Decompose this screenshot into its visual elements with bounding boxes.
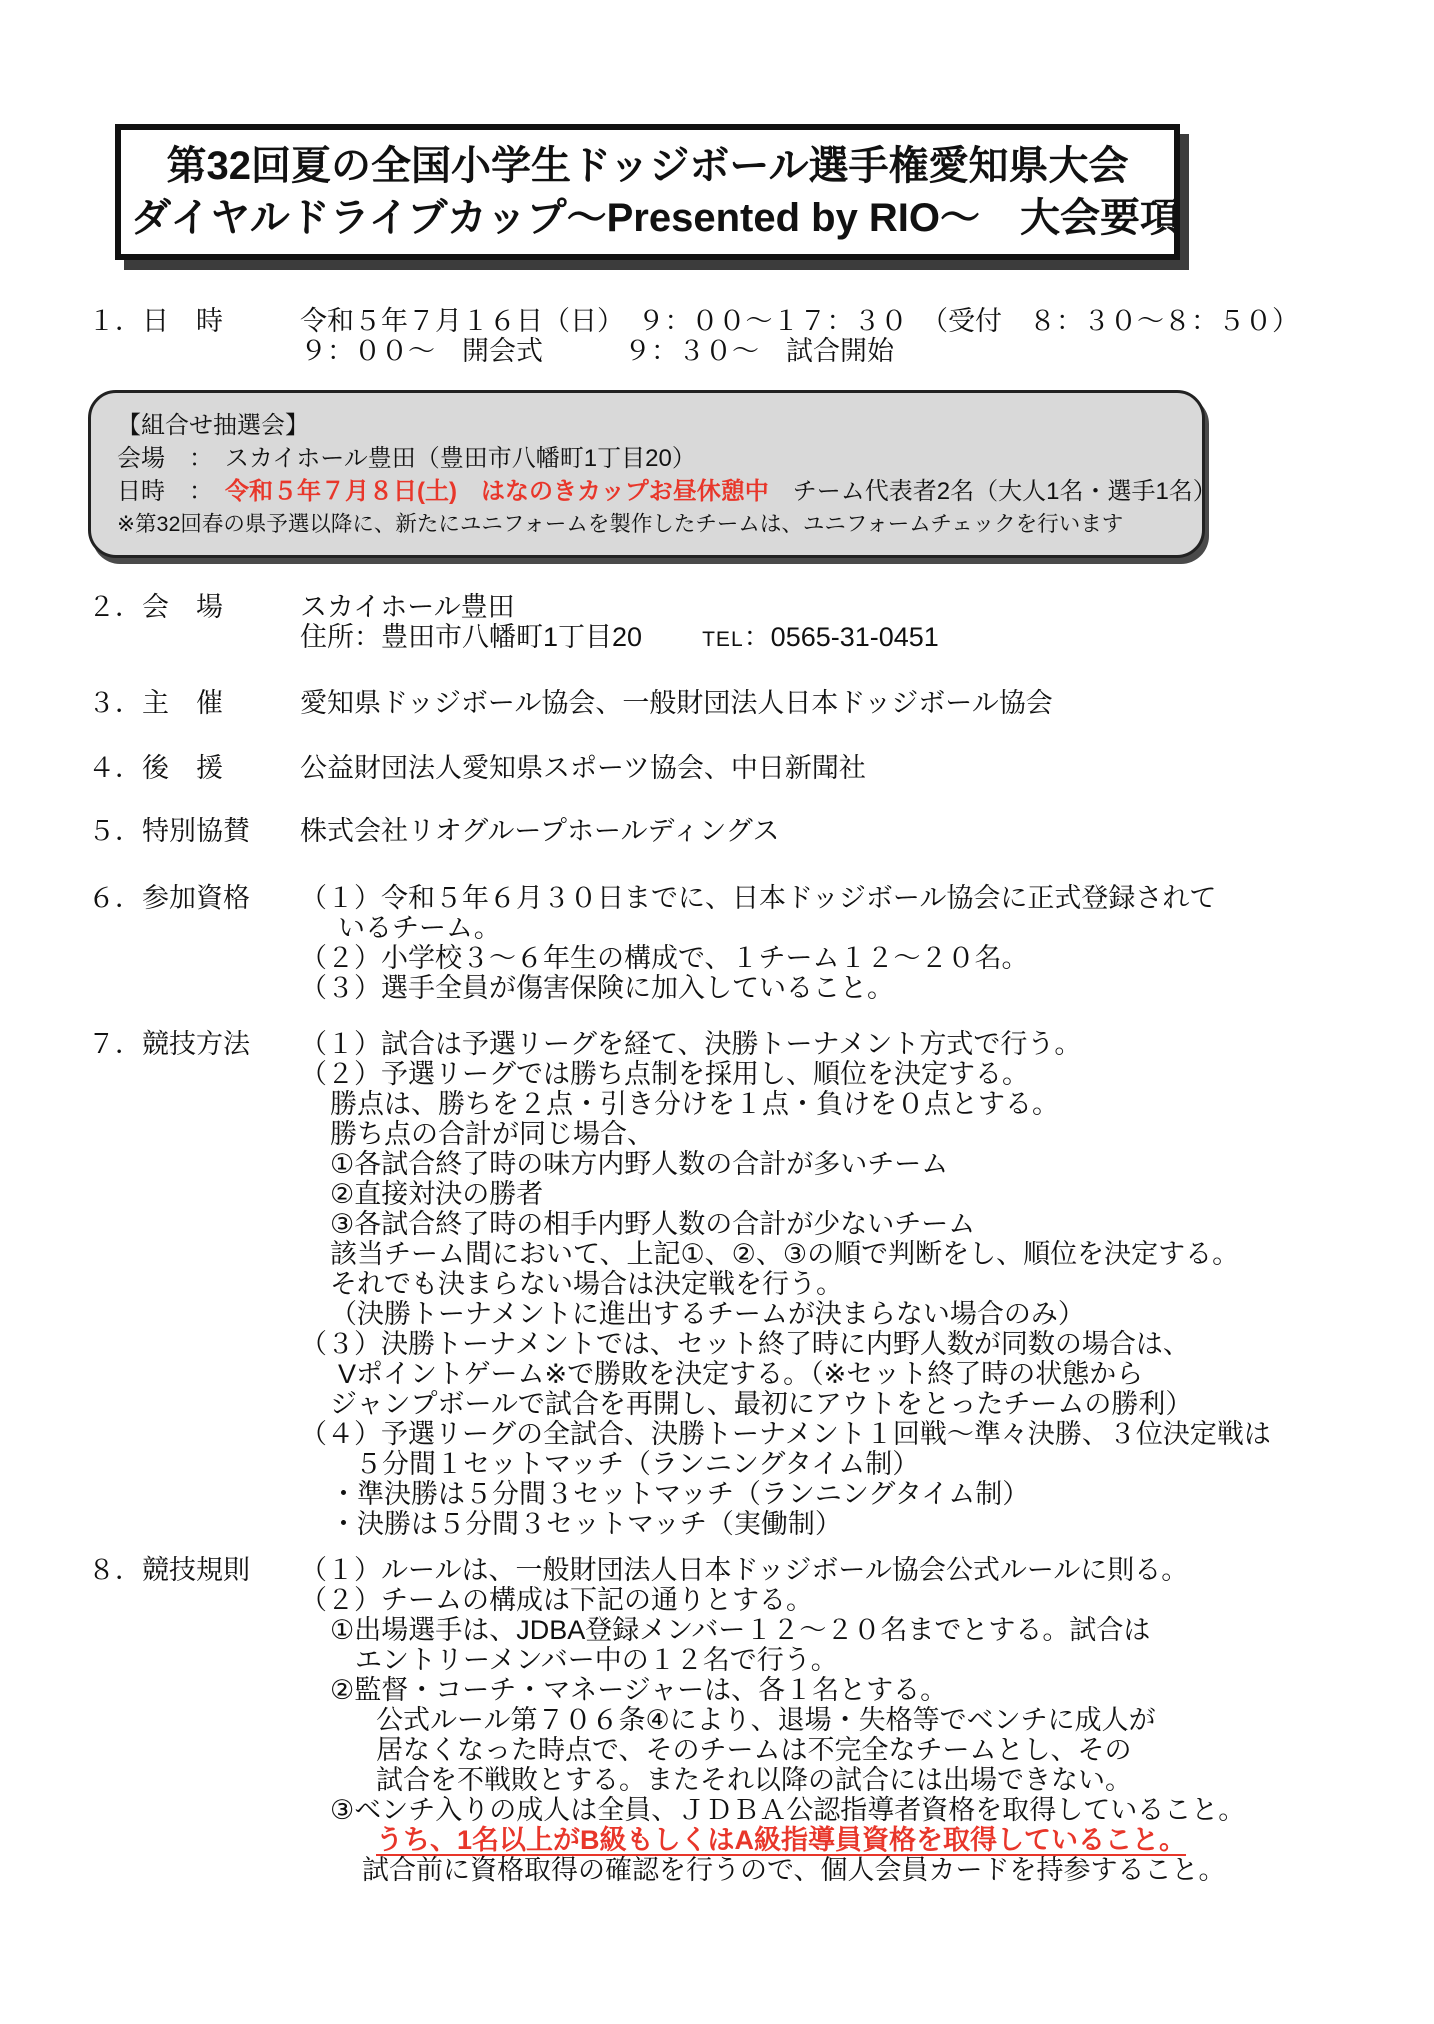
venue-tel-number: ：0565-31-0451	[744, 622, 939, 652]
lottery-heading: 【組合せ抽選会】	[117, 409, 1176, 442]
method-line: ５分間１セットマッチ（ランニングタイム制）	[355, 1449, 1408, 1479]
method-line: （１）試合は予選リーグを経て、決勝トーナメント方式で行う。	[300, 1029, 1408, 1059]
title-line-1: 第32回夏の全国小学生ドッジボール選手権愛知県大会	[131, 140, 1164, 192]
section-method: ７．競技方法 （１）試合は予選リーグを経て、決勝トーナメント方式で行う。 （２）…	[88, 1029, 1408, 1539]
eligibility-line: （２）小学校３～６年生の構成で、１チーム１２～２０名。	[300, 943, 1408, 973]
section-eligibility-label: ６．参加資格	[88, 883, 300, 913]
method-line: （２）予選リーグでは勝ち点制を採用し、順位を決定する。	[300, 1059, 1408, 1089]
section-venue: ２．会 場 スカイホール豊田 住所：豊田市八幡町1丁目20TEL：0565-31…	[88, 592, 1408, 655]
rules-line: 居なくなった時点で、そのチームは不完全なチームとし、その	[376, 1735, 1408, 1765]
section-rules-label: ８．競技規則	[88, 1555, 300, 1585]
method-line: ①各試合終了時の味方内野人数の合計が多いチーム	[330, 1149, 1408, 1179]
section-sponsor: ５．特別協賛 株式会社リオグループホールディングス	[88, 816, 1408, 846]
method-line: 勝ち点の合計が同じ場合、	[330, 1119, 1408, 1149]
lottery-date-red-text: 令和５年７月８日(土) はなのきカップお昼休憩中	[225, 478, 769, 505]
lottery-box: 【組合せ抽選会】 会場 ： スカイホール豊田（豊田市八幡町1丁目20） 日時 ：…	[88, 390, 1205, 558]
method-line: ・準決勝は５分間３セットマッチ（ランニングタイム制）	[330, 1479, 1408, 1509]
eligibility-line: いるチーム。	[338, 913, 1408, 943]
rules-line: （２）チームの構成は下記の通りとする。	[300, 1585, 1408, 1615]
lottery-venue-line: 会場 ： スカイホール豊田（豊田市八幡町1丁目20）	[117, 442, 1176, 475]
rules-line: （１）ルールは、一般財団法人日本ドッジボール協会公式ルールに則る。	[300, 1555, 1408, 1585]
section-venue-label: ２．会 場	[88, 592, 300, 622]
venue-tel-label: TEL	[702, 628, 744, 651]
section-host: ３．主 催 愛知県ドッジボール協会、一般財団法人日本ドッジボール協会	[88, 688, 1408, 718]
document-body: １．日 時 令和５年７月１６日（日） ９：００～１７：３０ （受付 ８：３０～８…	[88, 306, 1408, 1885]
rules-line: ②監督・コーチ・マネージャーは、各１名とする。	[330, 1675, 1408, 1705]
method-line: （４）予選リーグの全試合、決勝トーナメント１回戦～準々決勝、３位決定戦は	[300, 1419, 1408, 1449]
host-orgs: 愛知県ドッジボール協会、一般財団法人日本ドッジボール協会	[300, 688, 1408, 718]
method-line: Vポイントゲーム※で勝敗を決定する。（※セット終了時の状態から	[338, 1359, 1408, 1389]
section-datetime-label: １．日 時	[88, 306, 300, 336]
rules-line: 試合を不戦敗とする。またそれ以降の試合には出場できない。	[376, 1765, 1408, 1795]
method-line: それでも決まらない場合は決定戦を行う。	[330, 1269, 1408, 1299]
section-eligibility: ６．参加資格 （１）令和５年６月３０日までに、日本ドッジボール協会に正式登録され…	[88, 883, 1408, 1003]
sponsor-org: 株式会社リオグループホールディングス	[300, 816, 1408, 846]
venue-address: 住所：豊田市八幡町1丁目20	[300, 622, 642, 652]
section-support-label: ４．後 援	[88, 753, 300, 783]
title-box: 第32回夏の全国小学生ドッジボール選手権愛知県大会 ダイヤルドライブカップ～Pr…	[115, 124, 1180, 260]
title-line-2: ダイヤルドライブカップ～Presented by RIO～ 大会要項	[131, 192, 1164, 244]
venue-name: スカイホール豊田	[300, 592, 1408, 622]
method-line: （決勝トーナメントに進出するチームが決まらない場合のみ）	[330, 1299, 1408, 1329]
section-sponsor-label: ５．特別協賛	[88, 816, 300, 846]
datetime-line-1: 令和５年７月１６日（日） ９：００～１７：３０ （受付 ８：３０～８：５０）	[300, 306, 1408, 336]
section-method-label: ７．競技方法	[88, 1029, 300, 1059]
rules-line: ③ベンチ入りの成人は全員、ＪＤＢＡ公認指導者資格を取得していること。	[330, 1795, 1408, 1825]
lottery-date-rest: チーム代表者2名（大人1名・選手1名）	[769, 478, 1217, 505]
method-line: ②直接対決の勝者	[330, 1179, 1408, 1209]
method-line: （３）決勝トーナメントでは、セット終了時に内野人数が同数の場合は、	[300, 1329, 1408, 1359]
eligibility-line: （１）令和５年６月３０日までに、日本ドッジボール協会に正式登録されて	[300, 883, 1408, 913]
rules-line: 公式ルール第７０６条④により、退場・失格等でベンチに成人が	[376, 1705, 1408, 1735]
lottery-date-label: 日時 ：	[117, 478, 225, 505]
method-line: ・決勝は５分間３セットマッチ（実働制）	[330, 1509, 1408, 1539]
section-rules: ８．競技規則 （１）ルールは、一般財団法人日本ドッジボール協会公式ルールに則る。…	[88, 1555, 1408, 1885]
datetime-line-2: ９：００～ 開会式 ９：３０～ 試合開始	[300, 336, 1408, 366]
rules-line: ①出場選手は、JDBA登録メンバー１２～２０名までとする。試合は	[330, 1615, 1408, 1645]
section-support: ４．後 援 公益財団法人愛知県スポーツ協会、中日新聞社	[88, 753, 1408, 783]
document-page: 第32回夏の全国小学生ドッジボール選手権愛知県大会 ダイヤルドライブカップ～Pr…	[0, 0, 1434, 2024]
method-line: ジャンプボールで試合を再開し、最初にアウトをとったチームの勝利）	[330, 1389, 1408, 1419]
rules-line: 試合前に資格取得の確認を行うので、個人会員カードを持参すること。	[362, 1855, 1408, 1885]
lottery-note: ※第32回春の県予選以降に、新たにユニフォームを製作したチームは、ユニフォームチ…	[117, 508, 1176, 541]
method-line: ③各試合終了時の相手内野人数の合計が少ないチーム	[330, 1209, 1408, 1239]
rules-line: エントリーメンバー中の１２名で行う。	[355, 1645, 1408, 1675]
method-line: 該当チーム間において、上記①、②、③の順で判断をし、順位を決定する。	[330, 1239, 1408, 1269]
support-orgs: 公益財団法人愛知県スポーツ協会、中日新聞社	[300, 753, 1408, 783]
section-host-label: ３．主 催	[88, 688, 300, 718]
lottery-date-line: 日時 ： 令和５年７月８日(土) はなのきカップお昼休憩中 チーム代表者2名（大…	[117, 475, 1176, 508]
section-datetime: １．日 時 令和５年７月１６日（日） ９：００～１７：３０ （受付 ８：３０～８…	[88, 306, 1408, 366]
rules-line-red-requirement: うち、1名以上がB級もしくはA級指導員資格を取得していること。	[376, 1825, 1408, 1855]
eligibility-line: （３）選手全員が傷害保険に加入していること。	[300, 973, 1408, 1003]
method-line: 勝点は、勝ちを２点・引き分けを１点・負けを０点とする。	[330, 1089, 1408, 1119]
venue-address-line: 住所：豊田市八幡町1丁目20TEL：0565-31-0451	[300, 622, 1408, 655]
